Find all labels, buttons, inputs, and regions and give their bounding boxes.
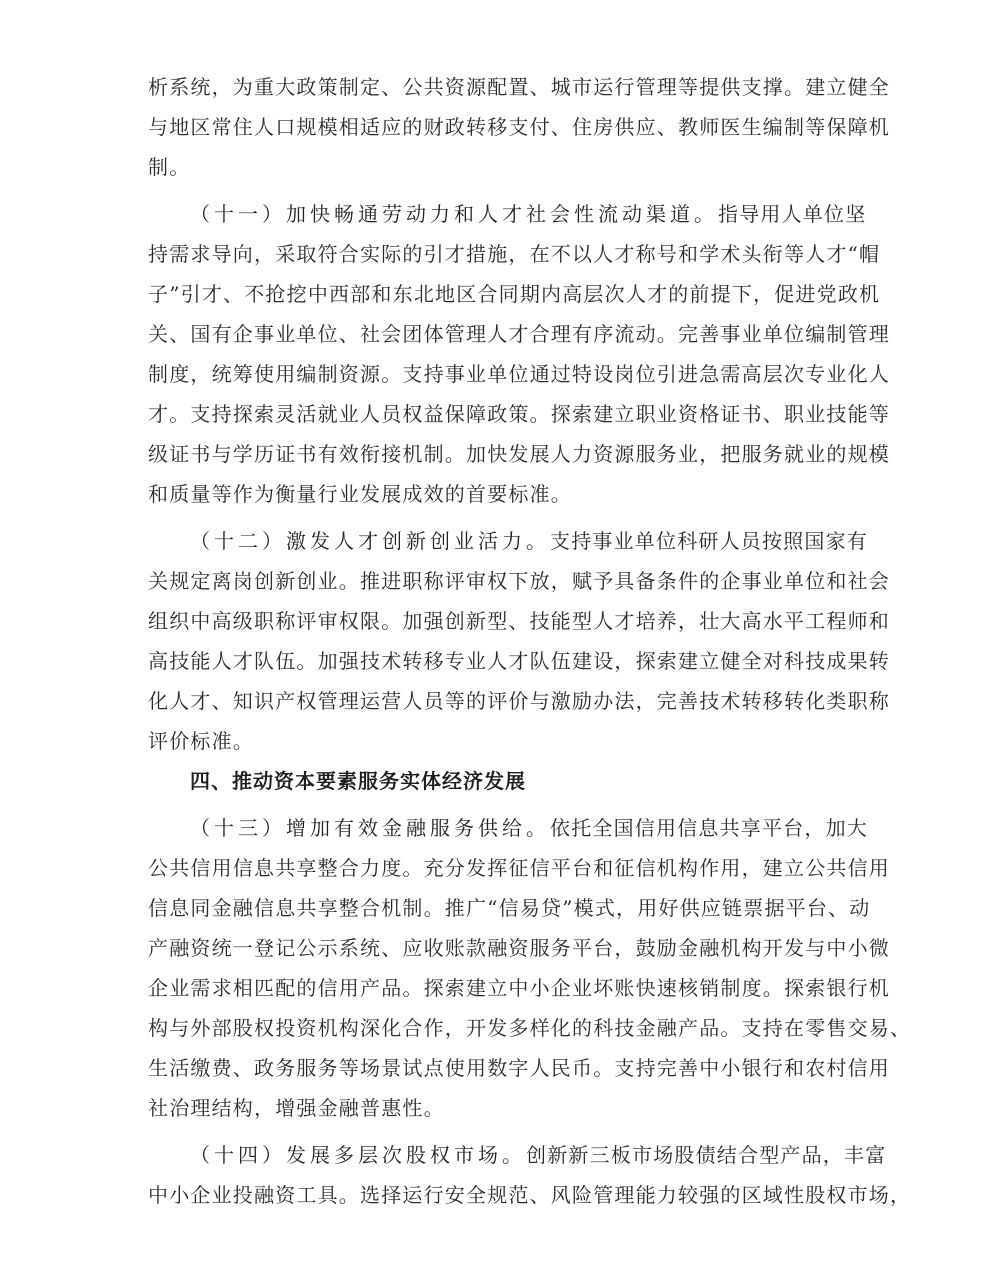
- text-run: 依托全国信用信息共享平台，加大: [550, 816, 868, 840]
- text-line: 中小企业投融资工具。选择运行安全规范、风险管理能力较强的区域性股权市场，: [148, 1175, 848, 1215]
- paragraph-heading: （十三）增加有效金融服务供给。: [190, 816, 550, 840]
- text-line: 子”引才、不抢挖中西部和东北地区合同期内高层次人才的前提下，促进党政机: [148, 274, 848, 314]
- paragraph-13: （十三）增加有效金融服务供给。依托全国信用信息共享平台，加大 公共信用信息共享整…: [148, 808, 848, 1128]
- paragraph-12: （十二）激发人才创新创业活力。支持事业单位科研人员按照国家有 关规定离岗创新创业…: [148, 521, 848, 761]
- text-line: 和质量等作为衡量行业发展成效的首要标准。: [148, 474, 848, 514]
- text-line: 关、国有企事业单位、社会团体管理人才合理有序流动。完善事业单位编制管理: [148, 314, 848, 354]
- text-line: （十四）发展多层次股权市场。创新新三板市场股债结合型产品，丰富: [148, 1135, 848, 1175]
- text-run: 创新新三板市场股债结合型产品，丰富: [526, 1143, 886, 1167]
- text-line: 生活缴费、政务服务等场景试点使用数字人民币。支持完善中小银行和农村信用: [148, 1048, 848, 1088]
- text-line: 关规定离岗创新创业。推进职称评审权下放，赋予具备条件的企事业单位和社会: [148, 561, 848, 601]
- text-line: 持需求导向，采取符合实际的引才措施，在不以人才称号和学术头衔等人才“帽: [148, 234, 848, 274]
- text-line: （十三）增加有效金融服务供给。依托全国信用信息共享平台，加大: [148, 808, 848, 848]
- paragraph-heading: （十一）加快畅通劳动力和人才社会性流动渠道。: [190, 202, 718, 226]
- text-line: 企业需求相匹配的信用产品。探索建立中小企业坏账快速核销制度。探索银行机: [148, 968, 848, 1008]
- text-line: 产融资统一登记公示系统、应收账款融资服务平台，鼓励金融机构开发与中小微: [148, 928, 848, 968]
- text-line: 评价标准。: [148, 721, 848, 761]
- text-run: 指导用人单位坚: [718, 202, 866, 226]
- text-run: 支持事业单位科研人员按照国家有: [550, 529, 868, 553]
- document-page: 析系统，为重大政策制定、公共资源配置、城市运行管理等提供支撑。建立健全 与地区常…: [148, 67, 848, 1215]
- text-line: 级证书与学历证书有效衔接机制。加快发展人力资源服务业，把服务就业的规模: [148, 434, 848, 474]
- section-heading: 四、推动资本要素服务实体经济发展: [148, 761, 848, 801]
- text-line: 信息同金融信息共享整合机制。推广“信易贷”模式，用好供应链票据平台、动: [148, 888, 848, 928]
- text-line: 构与外部股权投资机构深化合作，开发多样化的科技金融产品。支持在零售交易、: [148, 1008, 848, 1048]
- text-line: 析系统，为重大政策制定、公共资源配置、城市运行管理等提供支撑。建立健全: [148, 67, 848, 107]
- paragraph-14: （十四）发展多层次股权市场。创新新三板市场股债结合型产品，丰富 中小企业投融资工…: [148, 1135, 848, 1215]
- paragraph-heading: （十二）激发人才创新创业活力。: [190, 529, 550, 553]
- text-line: （十二）激发人才创新创业活力。支持事业单位科研人员按照国家有: [148, 521, 848, 561]
- paragraph-heading: （十四）发展多层次股权市场。: [190, 1143, 526, 1167]
- text-line: 制度，统筹使用编制资源。支持事业单位通过特设岗位引进急需高层次专业化人: [148, 354, 848, 394]
- paragraph-11: （十一）加快畅通劳动力和人才社会性流动渠道。指导用人单位坚 持需求导向，采取符合…: [148, 194, 848, 514]
- text-line: 公共信用信息共享整合力度。充分发挥征信平台和征信机构作用，建立公共信用: [148, 848, 848, 888]
- paragraph-continued: 析系统，为重大政策制定、公共资源配置、城市运行管理等提供支撑。建立健全 与地区常…: [148, 67, 848, 187]
- text-line: 与地区常住人口规模相适应的财政转移支付、住房供应、教师医生编制等保障机: [148, 107, 848, 147]
- text-line: 高技能人才队伍。加强技术转移专业人才队伍建设，探索建立健全对科技成果转: [148, 641, 848, 681]
- section-heading-text: 四、推动资本要素服务实体经济发展: [190, 769, 526, 793]
- text-line: （十一）加快畅通劳动力和人才社会性流动渠道。指导用人单位坚: [148, 194, 848, 234]
- text-line: 制。: [148, 147, 848, 187]
- text-line: 社治理结构，增强金融普惠性。: [148, 1088, 848, 1128]
- text-line: 才。支持探索灵活就业人员权益保障政策。探索建立职业资格证书、职业技能等: [148, 394, 848, 434]
- text-line: 组织中高级职称评审权限。加强创新型、技能型人才培养，壮大高水平工程师和: [148, 601, 848, 641]
- text-line: 化人才、知识产权管理运营人员等的评价与激励办法，完善技术转移转化类职称: [148, 681, 848, 721]
